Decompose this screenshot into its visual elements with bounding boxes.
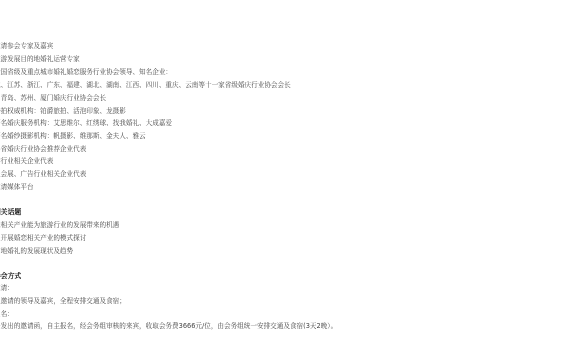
guest-line: 著名婚庆服务机构：艾思维尔、红绣球、找我婚礼、大成嘉爱 [0, 119, 172, 128]
guest-line: 、青岛、苏州、厦门婚庆行业协会会长 [0, 94, 106, 103]
topics-heading: 相关话题 [0, 208, 21, 217]
attendance-line: 邀请： [0, 284, 14, 293]
guest-line: 著名婚纱摄影机构：帆摄影、维那斯、金夫人、雅云 [0, 132, 146, 141]
attendance-heading: 参会方式 [0, 272, 21, 281]
guest-line: 各省婚庆行业协会推荐企业代表 [0, 145, 86, 154]
attendance-line: 开发出的邀请函，自主报名，经会务组审核的来宾，收取会务费3666元/位，由会务组… [0, 322, 337, 331]
attendance-line: 组邀请的领导及嘉宾，全程安排交通及食宿； [0, 297, 126, 306]
guest-line: 婚拍权威机构：铂爵旅拍、活泡印象、龙摄影 [0, 107, 126, 116]
topic-line: 区开展婚恋相关产业的模式探讨 [0, 234, 86, 243]
guest-line: 议会展、广告行业相关企业代表 [0, 170, 86, 179]
guest-line: 北、江苏、浙江、广东、福建、湖北、湖南、江西、四川、重庆、云南等十一家省级婚庆行… [0, 81, 291, 90]
guest-line: 邀请媒体平台 [0, 183, 34, 192]
guest-line: 旅游发展目的地婚礼运营专家 [0, 55, 80, 64]
topic-line: 的地婚礼的发展现状及趋势 [0, 247, 73, 256]
guest-line: 游行业相关企业代表 [0, 157, 53, 166]
attendance-line: 报名： [0, 310, 14, 319]
topic-line: 恋相关产业能为旅游行业的发展带来的机遇 [0, 221, 119, 230]
guest-line: 全国省级及重点城市婚礼婚恋服务行业协会领导、知名企业： [0, 68, 172, 77]
guest-line: 邀请参会专家及嘉宾 [0, 42, 53, 51]
